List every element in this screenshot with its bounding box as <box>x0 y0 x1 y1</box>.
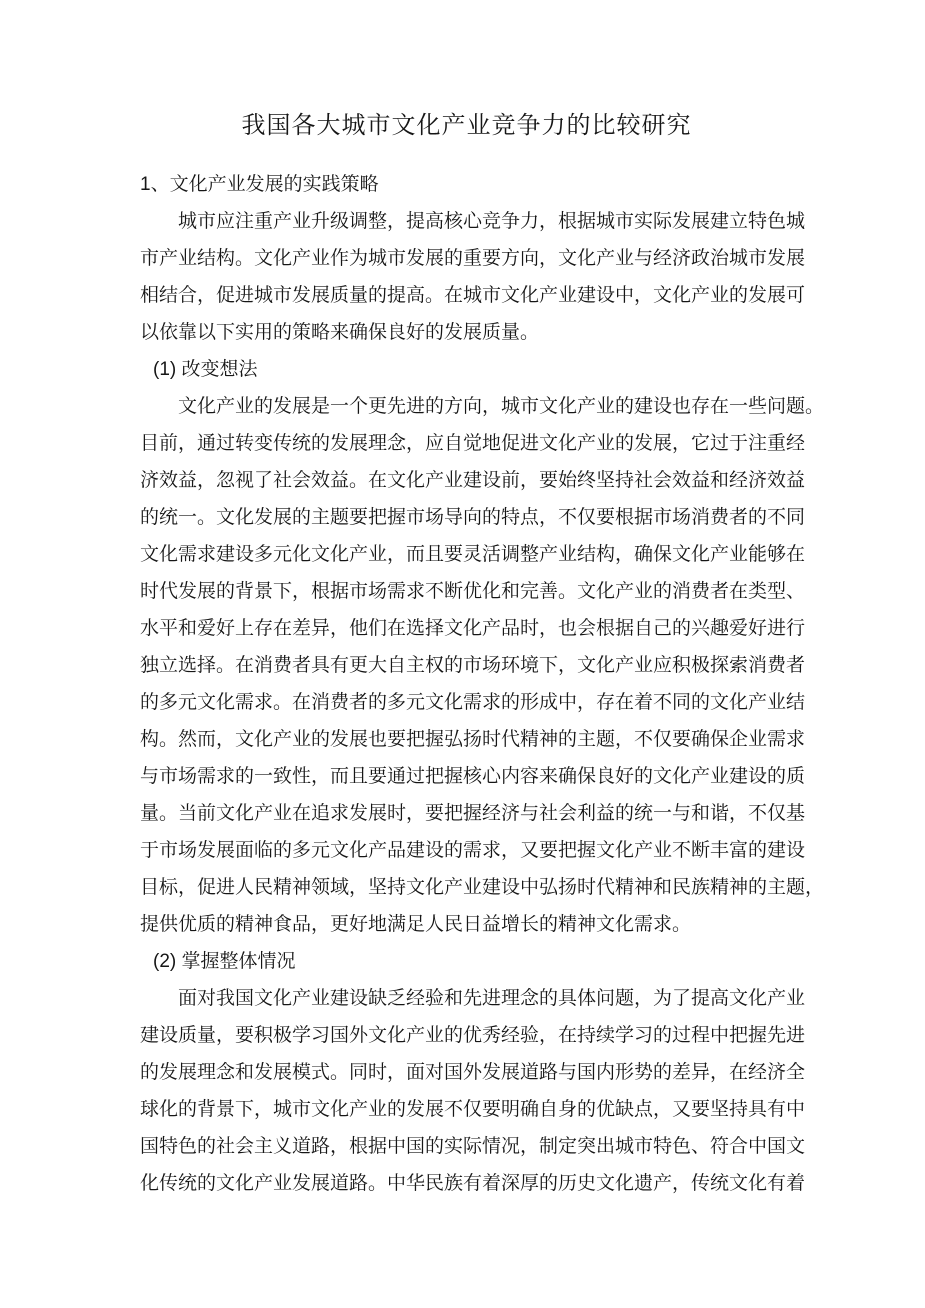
text-line: 的统一。文化发展的主题要把握市场导向的特点，不仅要根据市场消费者的不同 <box>140 499 793 536</box>
document-title: 我国各大城市文化产业竞争力的比较研究 <box>140 104 793 148</box>
text-line: 提供优质的精神食品，更好地满足人民日益增长的精神文化需求。 <box>140 906 793 943</box>
text-line: 城市应注重产业升级调整，提高核心竞争力，根据城市实际发展建立特色城 <box>140 203 793 240</box>
text-line: 时代发展的背景下，根据市场需求不断优化和完善。文化产业的消费者在类型、 <box>140 573 793 610</box>
text-line: 的多元文化需求。在消费者的多元文化需求的形成中，存在着不同的文化产业结 <box>140 684 793 721</box>
text-line: 建设质量，要积极学习国外文化产业的优秀经验，在持续学习的过程中把握先进 <box>140 1017 793 1054</box>
paragraph: 城市应注重产业升级调整，提高核心竞争力，根据城市实际发展建立特色城市产业结构。文… <box>140 203 793 351</box>
text-line: 济效益，忽视了社会效益。在文化产业建设前，要始终坚持社会效益和经济效益 <box>140 462 793 499</box>
text-line: 构。然而，文化产业的发展也要把握弘扬时代精神的主题，不仅要确保企业需求 <box>140 721 793 758</box>
text-line: 于市场发展面临的多元文化产品建设的需求，又要把握文化产业不断丰富的建设 <box>140 832 793 869</box>
text-line: 目前，通过转变传统的发展理念，应自觉地促进文化产业的发展，它过于注重经 <box>140 425 793 462</box>
subsection-heading: (2) 掌握整体情况 <box>140 943 793 980</box>
text-line: 国特色的社会主义道路，根据中国的实际情况，制定突出城市特色、符合中国文 <box>140 1128 793 1165</box>
text-line: 市产业结构。文化产业作为城市发展的重要方向，文化产业与经济政治城市发展 <box>140 240 793 277</box>
text-line: 目标，促进人民精神领域，坚持文化产业建设中弘扬时代精神和民族精神的主题， <box>140 869 793 906</box>
paragraph: 面对我国文化产业建设缺乏经验和先进理念的具体问题，为了提高文化产业建设质量，要积… <box>140 980 793 1202</box>
text-line: 与市场需求的一致性，而且要通过把握核心内容来确保良好的文化产业建设的质 <box>140 758 793 795</box>
text-line: 面对我国文化产业建设缺乏经验和先进理念的具体问题，为了提高文化产业 <box>140 980 793 1017</box>
text-line: 化传统的文化产业发展道路。中华民族有着深厚的历史文化遗产，传统文化有着 <box>140 1165 793 1202</box>
subsection-heading: (1) 改变想法 <box>140 351 793 388</box>
text-line: 文化产业的发展是一个更先进的方向，城市文化产业的建设也存在一些问题。 <box>140 388 793 425</box>
text-line: 量。当前文化产业在追求发展时，要把握经济与社会利益的统一与和谐，不仅基 <box>140 795 793 832</box>
text-line: 文化需求建设多元化文化产业，而且要灵活调整产业结构，确保文化产业能够在 <box>140 536 793 573</box>
section-heading: 1、文化产业发展的实践策略 <box>140 166 793 203</box>
document-page: 我国各大城市文化产业竞争力的比较研究 1、文化产业发展的实践策略城市应注重产业升… <box>0 0 925 1308</box>
document-body: 1、文化产业发展的实践策略城市应注重产业升级调整，提高核心竞争力，根据城市实际发… <box>140 166 793 1202</box>
text-line: 独立选择。在消费者具有更大自主权的市场环境下，文化产业应积极探索消费者 <box>140 647 793 684</box>
text-line: 相结合，促进城市发展质量的提高。在城市文化产业建设中，文化产业的发展可 <box>140 277 793 314</box>
text-line: 以依靠以下实用的策略来确保良好的发展质量。 <box>140 314 793 351</box>
text-line: 水平和爱好上存在差异，他们在选择文化产品时，也会根据自己的兴趣爱好进行 <box>140 610 793 647</box>
text-line: 的发展理念和发展模式。同时，面对国外发展道路与国内形势的差异，在经济全 <box>140 1054 793 1091</box>
paragraph: 文化产业的发展是一个更先进的方向，城市文化产业的建设也存在一些问题。目前，通过转… <box>140 388 793 943</box>
text-line: 球化的背景下，城市文化产业的发展不仅要明确自身的优缺点，又要坚持具有中 <box>140 1091 793 1128</box>
